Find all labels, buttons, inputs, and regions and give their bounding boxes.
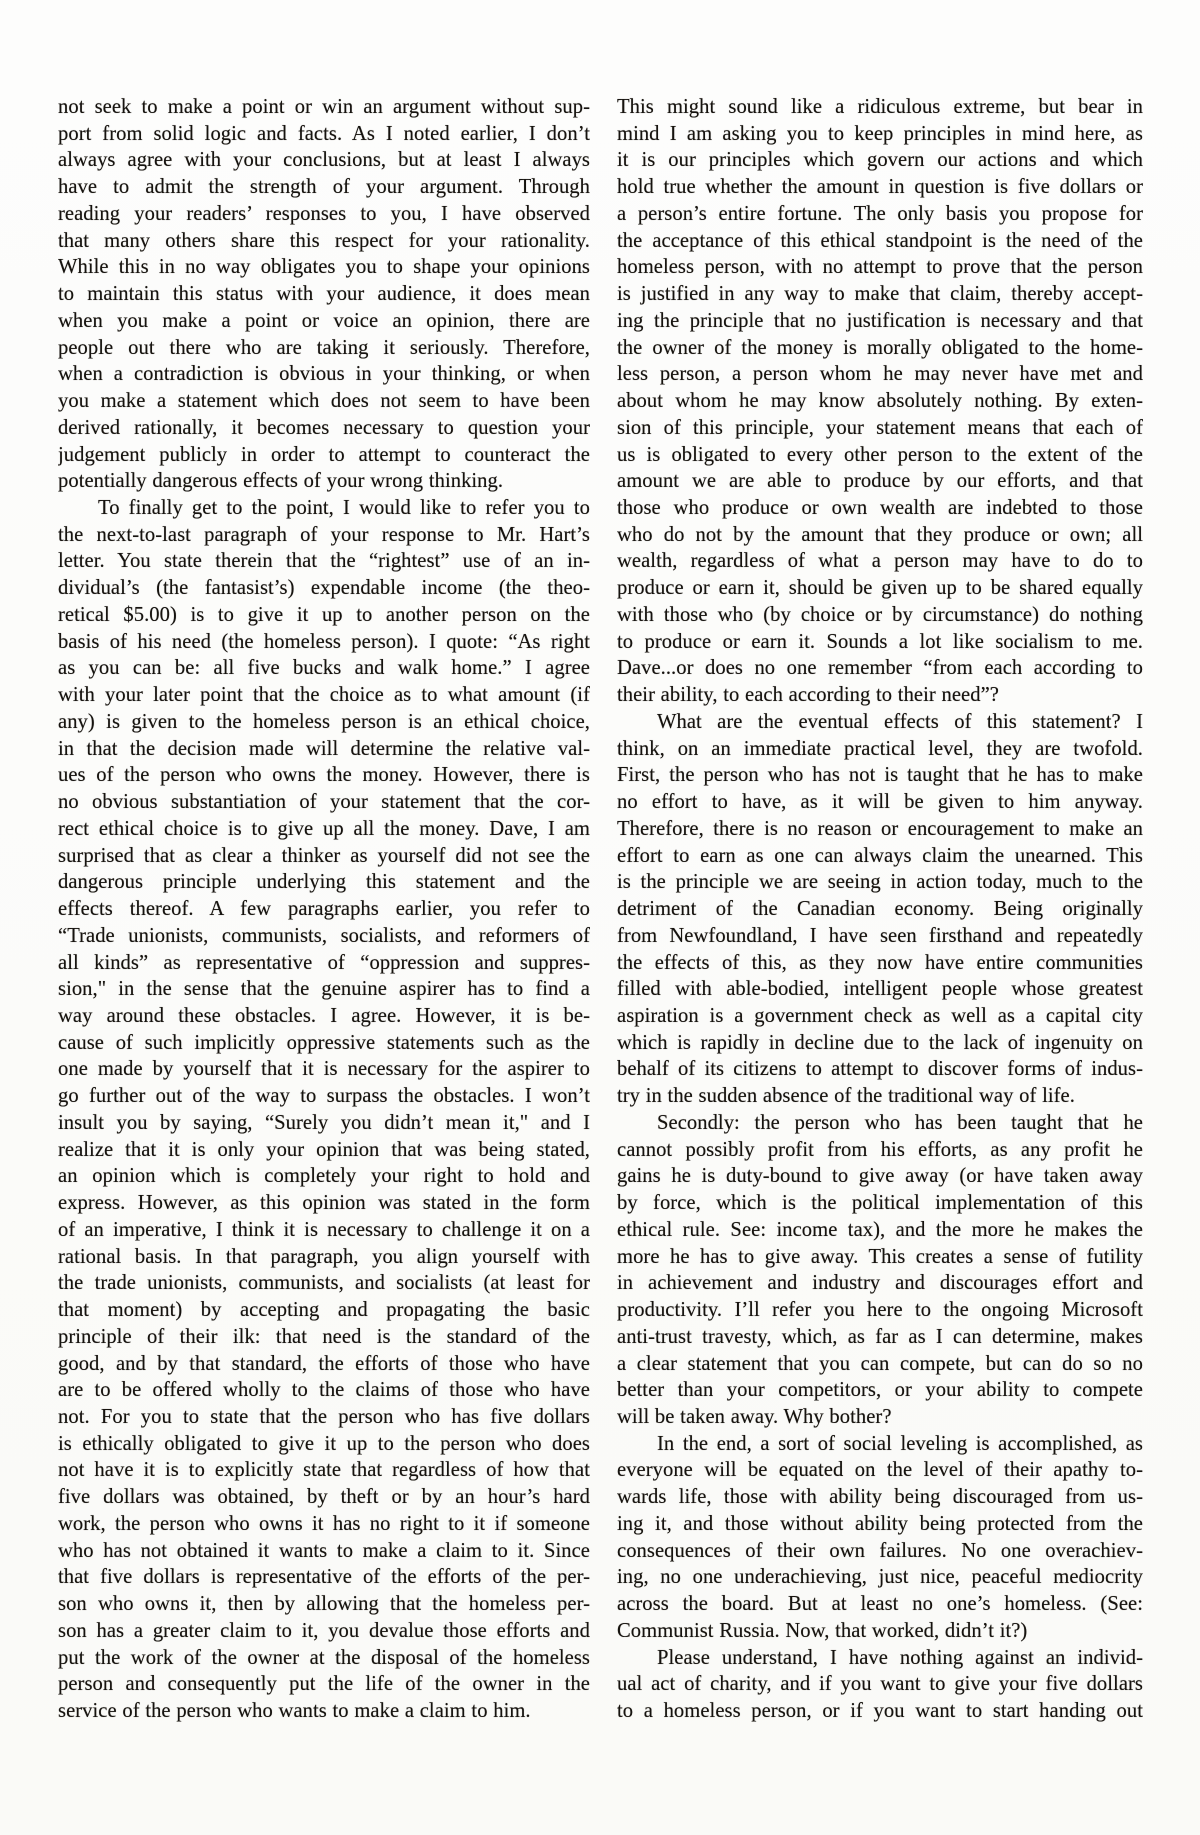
text-line: “Trade unionists, communists, socialists…	[58, 923, 590, 950]
text-line: ethical rule. See: income tax), and the …	[617, 1217, 1143, 1244]
text-line: cause of such implicitly oppressive stat…	[58, 1030, 590, 1057]
text-column-left: not seek to make a point or win an argum…	[58, 94, 590, 1835]
text-line: more he has to give away. This creates a…	[617, 1244, 1143, 1271]
text-line: gains he is duty-bound to give away (or …	[617, 1163, 1143, 1190]
text-line: not seek to make a point or win an argum…	[58, 94, 590, 121]
text-line: homeless person, with no attempt to prov…	[617, 254, 1143, 281]
text-line: sion," in the sense that the genuine asp…	[58, 976, 590, 1003]
text-line: who has not obtained it wants to make a …	[58, 1538, 590, 1565]
text-line: any) is given to the homeless person is …	[58, 709, 590, 736]
text-line: aspiration is a government check as well…	[617, 1003, 1143, 1030]
text-line: behalf of its citizens to attempt to dis…	[617, 1056, 1143, 1083]
text-column-right: This might sound like a ridiculous extre…	[617, 94, 1143, 1835]
text-line: ing it, and those without ability being …	[617, 1511, 1143, 1538]
text-line: that five dollars is representative of t…	[58, 1564, 590, 1591]
text-line: a person’s entire fortune. The only basi…	[617, 201, 1143, 228]
text-line: filled with able-bodied, intelligent peo…	[617, 976, 1143, 1003]
text-line: with your later point that the choice as…	[58, 682, 590, 709]
text-line: realize that it is only your opinion tha…	[58, 1137, 590, 1164]
text-line: rect ethical choice is to give up all th…	[58, 816, 590, 843]
text-line: What are the eventual effects of this st…	[617, 709, 1143, 736]
text-line: across the board. But at least no one’s …	[617, 1591, 1143, 1618]
text-line: always agree with your conclusions, but …	[58, 147, 590, 174]
text-line: it is our principles which govern our ac…	[617, 147, 1143, 174]
text-line: try in the sudden absence of the traditi…	[617, 1083, 1143, 1110]
text-line: us is obligated to every other person to…	[617, 442, 1143, 469]
text-line: is justified in any way to make that cla…	[617, 281, 1143, 308]
text-line: ual act of charity, and if you want to g…	[617, 1671, 1143, 1698]
text-line: when a contradiction is obvious in your …	[58, 361, 590, 388]
text-line: way around these obstacles. I agree. How…	[58, 1003, 590, 1030]
text-line: To finally get to the point, I would lik…	[58, 495, 590, 522]
text-line: which is rapidly in decline due to the l…	[617, 1030, 1143, 1057]
text-line: the trade unionists, communists, and soc…	[58, 1270, 590, 1297]
text-line: the effects of this, as they now have en…	[617, 950, 1143, 977]
text-line: put the work of the owner at the disposa…	[58, 1645, 590, 1672]
text-line: detriment of the Canadian economy. Being…	[617, 896, 1143, 923]
text-line: good, and by that standard, the efforts …	[58, 1351, 590, 1378]
text-line: effects thereof. A few paragraphs earlie…	[58, 896, 590, 923]
text-line: not. For you to state that the person wh…	[58, 1404, 590, 1431]
text-line: no effort to have, as it will be given t…	[617, 789, 1143, 816]
text-line: mind I am asking you to keep principles …	[617, 121, 1143, 148]
text-line: is ethically obligated to give it up to …	[58, 1431, 590, 1458]
text-line: think, on an immediate practical level, …	[617, 736, 1143, 763]
text-line: hold true whether the amount in question…	[617, 174, 1143, 201]
text-line: by force, which is the political impleme…	[617, 1190, 1143, 1217]
text-line: when you make a point or voice an opinio…	[58, 308, 590, 335]
text-line: Dave...or does no one remember “from eac…	[617, 655, 1143, 682]
text-line: sion of this principle, your statement m…	[617, 415, 1143, 442]
text-line: son has a greater claim to it, you deval…	[58, 1618, 590, 1645]
text-line: consequences of their own failures. No o…	[617, 1538, 1143, 1565]
text-line: This might sound like a ridiculous extre…	[617, 94, 1143, 121]
text-line: a clear statement that you can compete, …	[617, 1351, 1143, 1378]
text-line: in that the decision made will determine…	[58, 736, 590, 763]
text-line: productivity. I’ll refer you here to the…	[617, 1297, 1143, 1324]
text-line: produce or earn it, should be given up t…	[617, 575, 1143, 602]
text-line: as you can be: all five bucks and walk h…	[58, 655, 590, 682]
text-line: anti-trust travesty, which, as far as I …	[617, 1324, 1143, 1351]
text-line: wards life, those with ability being dis…	[617, 1484, 1143, 1511]
text-line: basis of his need (the homeless person).…	[58, 629, 590, 656]
text-line: While this in no way obligates you to sh…	[58, 254, 590, 281]
text-line: wealth, regardless of what a person may …	[617, 548, 1143, 575]
text-line: people out there who are taking it serio…	[58, 335, 590, 362]
text-line: principle of their ilk: that need is the…	[58, 1324, 590, 1351]
text-line: their ability, to each according to thei…	[617, 682, 1143, 709]
text-line: ing, no one underachieving, just nice, p…	[617, 1564, 1143, 1591]
text-line: amount we are able to produce by our eff…	[617, 468, 1143, 495]
text-line: those who produce or own wealth are inde…	[617, 495, 1143, 522]
text-line: that many others share this respect for …	[58, 228, 590, 255]
text-line: rational basis. In that paragraph, you a…	[58, 1244, 590, 1271]
text-line: less person, a person whom he may never …	[617, 361, 1143, 388]
text-line: retical $5.00) is to give it up to anoth…	[58, 602, 590, 629]
text-line: to maintain this status with your audien…	[58, 281, 590, 308]
text-line: work, the person who owns it has no righ…	[58, 1511, 590, 1538]
text-line: to produce or earn it. Sounds a lot like…	[617, 629, 1143, 656]
text-line: an opinion which is completely your righ…	[58, 1163, 590, 1190]
text-line: the acceptance of this ethical standpoin…	[617, 228, 1143, 255]
text-line: Please understand, I have nothing agains…	[617, 1645, 1143, 1672]
text-line: Communist Russia. Now, that worked, didn…	[617, 1618, 1143, 1645]
text-line: In the end, a sort of social leveling is…	[617, 1431, 1143, 1458]
text-line: in achievement and industry and discoura…	[617, 1270, 1143, 1297]
text-line: go further out of the way to surpass the…	[58, 1083, 590, 1110]
text-line: judgement publicly in order to attempt t…	[58, 442, 590, 469]
text-line: insult you by saying, “Surely you didn’t…	[58, 1110, 590, 1137]
text-line: Therefore, there is no reason or encoura…	[617, 816, 1143, 843]
text-line: all kinds” as representative of “oppress…	[58, 950, 590, 977]
text-line: potentially dangerous effects of your wr…	[58, 468, 590, 495]
text-line: effort to earn as one can always claim t…	[617, 843, 1143, 870]
text-line: not have it is to explicitly state that …	[58, 1457, 590, 1484]
text-line: the next-to-last paragraph of your respo…	[58, 522, 590, 549]
text-line: letter. You state therein that the “righ…	[58, 548, 590, 575]
text-line: everyone will be equated on the level of…	[617, 1457, 1143, 1484]
text-line: one made by yourself that it is necessar…	[58, 1056, 590, 1083]
text-line: better than your competitors, or your ab…	[617, 1377, 1143, 1404]
text-line: port from solid logic and facts. As I no…	[58, 121, 590, 148]
text-line: about whom he may know absolutely nothin…	[617, 388, 1143, 415]
text-line: person and consequently put the life of …	[58, 1671, 590, 1698]
text-line: that moment) by accepting and propagatin…	[58, 1297, 590, 1324]
text-line: express. However, as this opinion was st…	[58, 1190, 590, 1217]
text-line: who do not by the amount that they produ…	[617, 522, 1143, 549]
text-line: you make a statement which does not seem…	[58, 388, 590, 415]
text-line: are to be offered wholly to the claims o…	[58, 1377, 590, 1404]
text-line: dividual’s (the fantasist’s) expendable …	[58, 575, 590, 602]
text-line: of an imperative, I think it is necessar…	[58, 1217, 590, 1244]
text-line: dangerous principle underlying this stat…	[58, 869, 590, 896]
text-line: service of the person who wants to make …	[58, 1698, 590, 1725]
text-line: from Newfoundland, I have seen firsthand…	[617, 923, 1143, 950]
text-line: cannot possibly profit from his efforts,…	[617, 1137, 1143, 1164]
text-line: five dollars was obtained, by theft or b…	[58, 1484, 590, 1511]
scanned-page: not seek to make a point or win an argum…	[0, 0, 1200, 1835]
text-line: have to admit the strength of your argum…	[58, 174, 590, 201]
text-line: reading your readers’ responses to you, …	[58, 201, 590, 228]
text-line: son who owns it, then by allowing that t…	[58, 1591, 590, 1618]
text-line: First, the person who has not is taught …	[617, 762, 1143, 789]
text-line: surprised that as clear a thinker as you…	[58, 843, 590, 870]
text-line: will be taken away. Why bother?	[617, 1404, 1143, 1431]
text-line: Secondly: the person who has been taught…	[617, 1110, 1143, 1137]
text-line: the owner of the money is morally obliga…	[617, 335, 1143, 362]
text-line: ues of the person who owns the money. Ho…	[58, 762, 590, 789]
text-line: ing the principle that no justification …	[617, 308, 1143, 335]
text-line: with those who (by choice or by circumst…	[617, 602, 1143, 629]
text-line: is the principle we are seeing in action…	[617, 869, 1143, 896]
text-line: derived rationally, it becomes necessary…	[58, 415, 590, 442]
text-line: no obvious substantiation of your statem…	[58, 789, 590, 816]
text-line: to a homeless person, or if you want to …	[617, 1698, 1143, 1725]
